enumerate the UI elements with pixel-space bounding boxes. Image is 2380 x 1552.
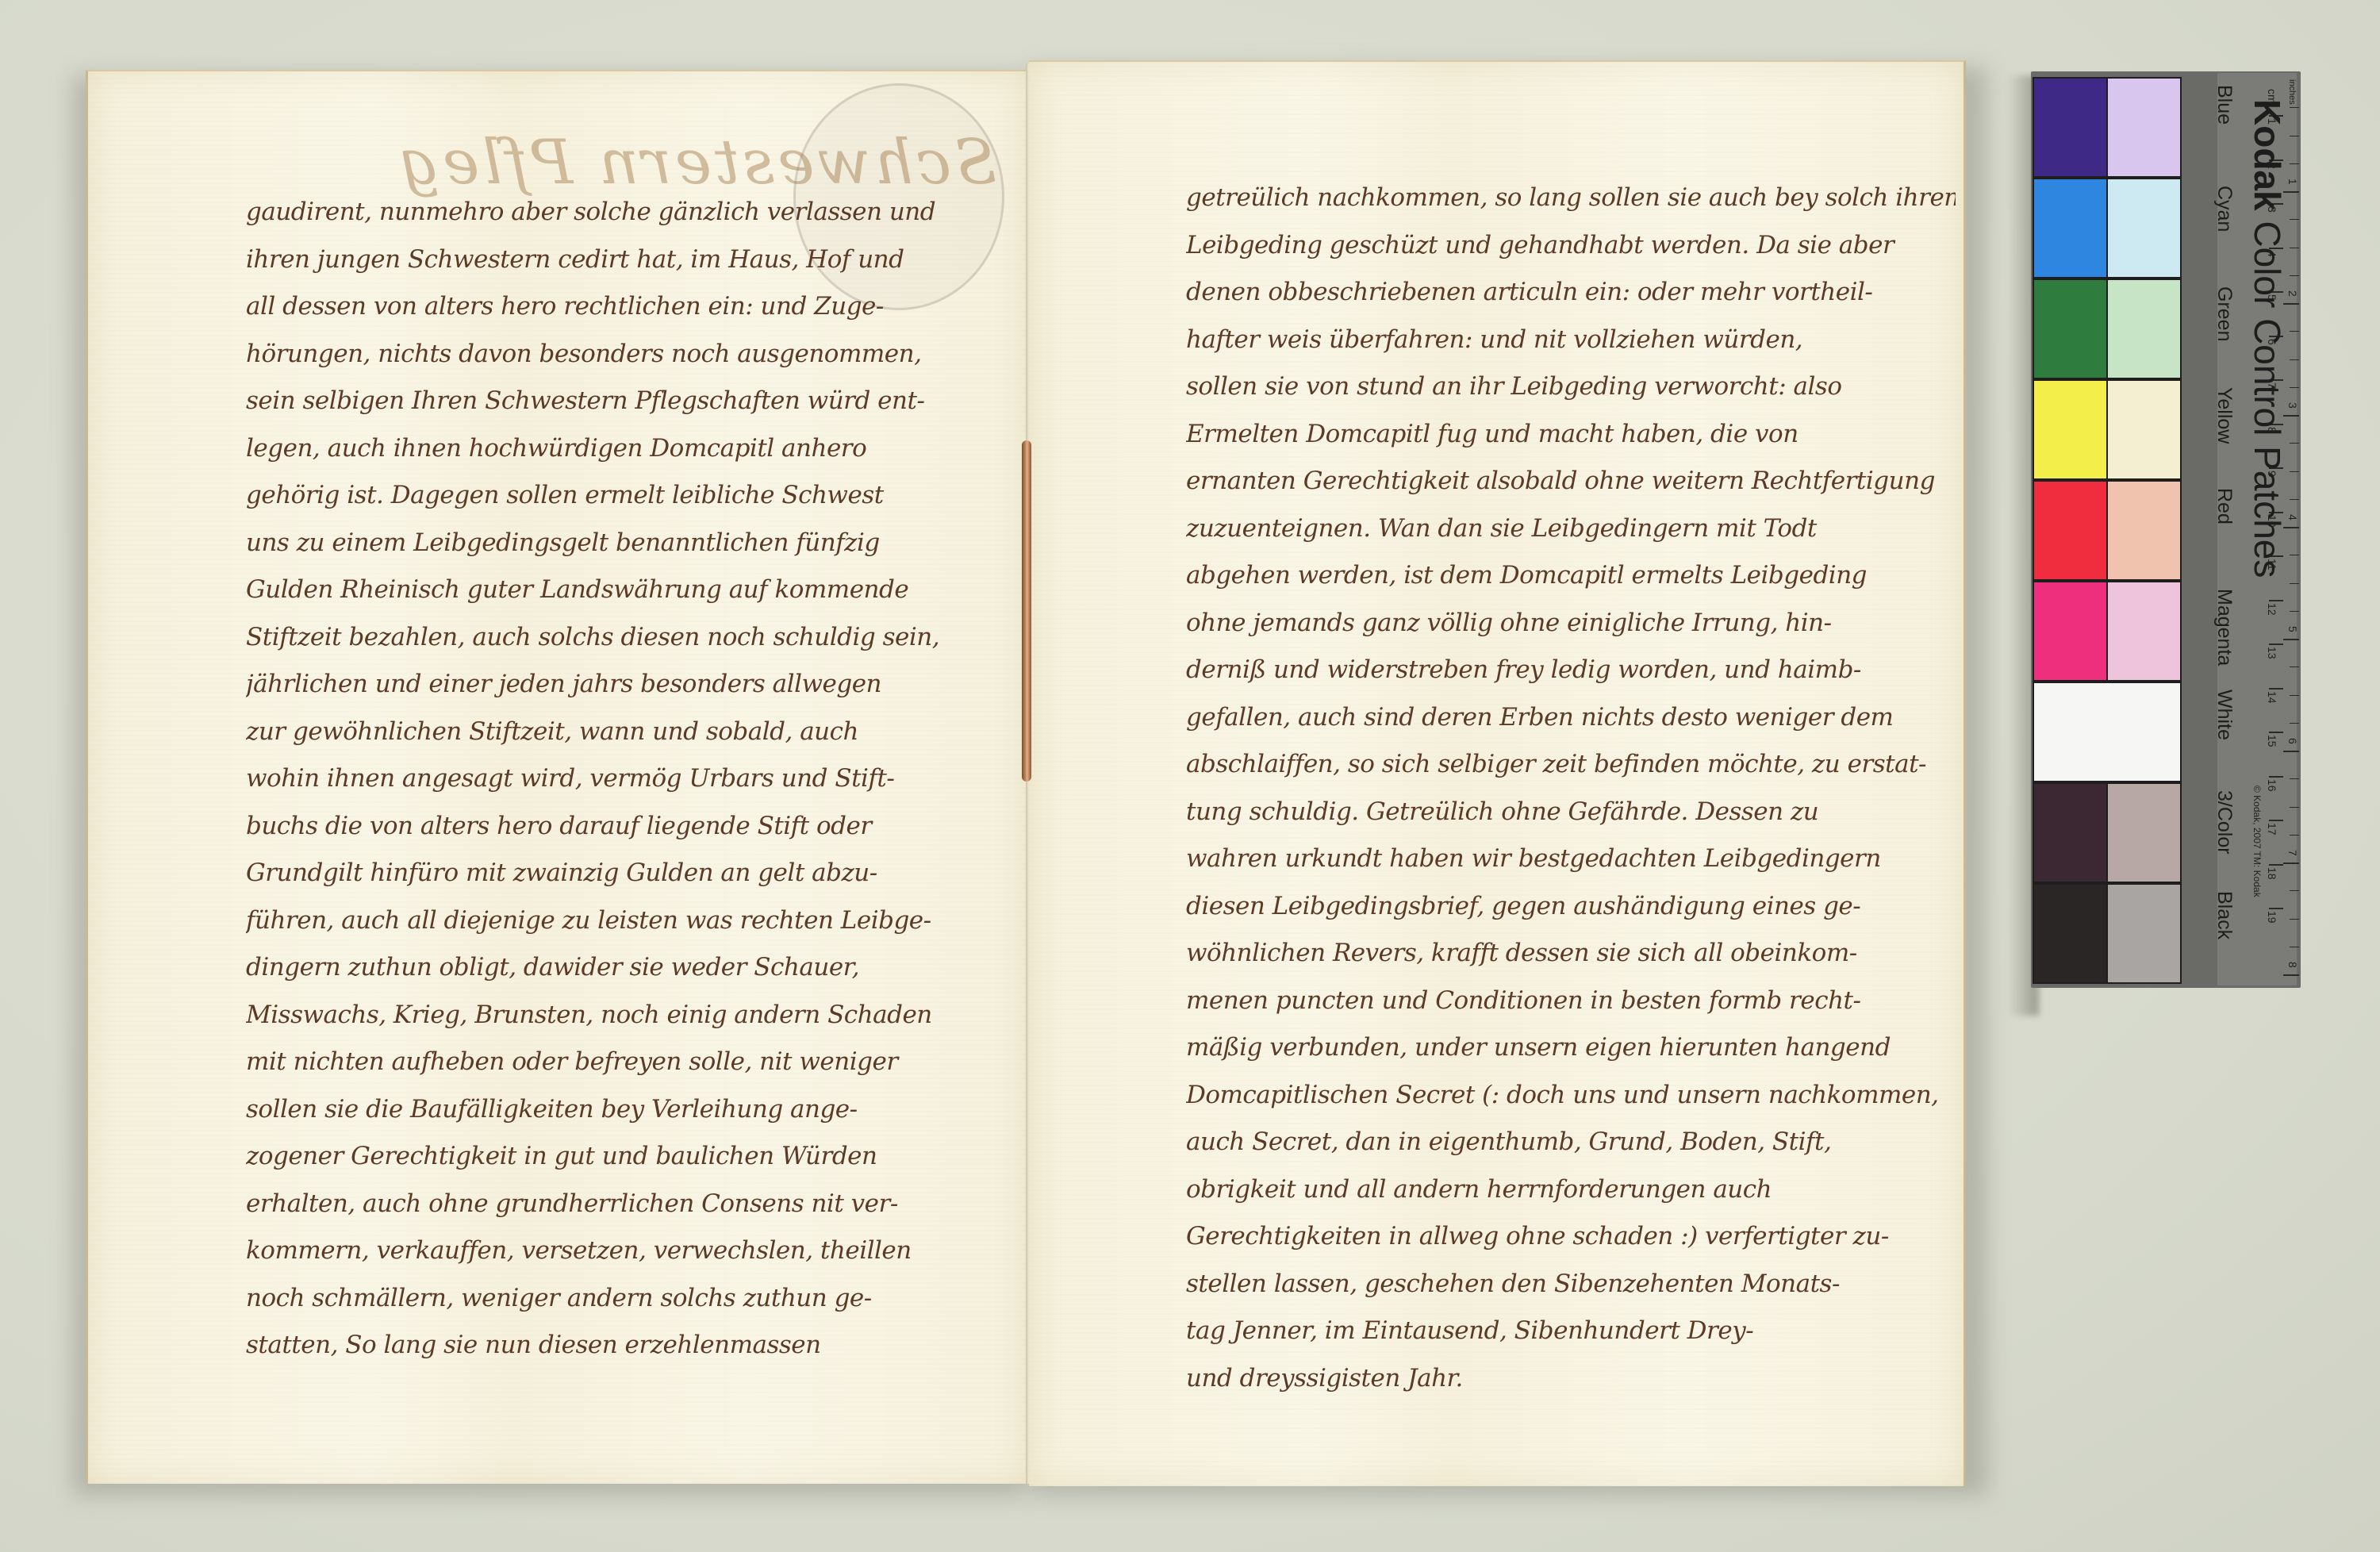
cm-tick [2269,864,2283,866]
patch-red-light [2106,480,2182,581]
text-line: legen, auch ihnen hochwürdigen Domcapitl… [246,425,1004,473]
inch-subtick [2290,499,2299,500]
brand-kodak: Kodak [2247,99,2288,211]
inch-subtick [2290,555,2299,555]
inch-subtick [2290,163,2299,164]
chart-title: Color Control Patches [2247,221,2288,578]
cm-tick-label: 12 [2266,603,2278,616]
text-line: Stiftzeit bezahlen, auch solchs diesen n… [246,614,1004,662]
inch-tick [2283,974,2299,976]
patch-green-light [2106,279,2182,379]
text-line: führen, auch all diejenige zu leisten wa… [246,897,1004,945]
inch-subtick [2290,136,2299,136]
patch-white [2033,682,2182,782]
text-line: derniß und widerstreben frey ledig worde… [1186,647,1956,694]
text-line: sein selbigen Ihren Schwestern Pflegscha… [246,378,1004,425]
text-line: Ermelten Domcapitl fug und macht haben, … [1186,411,1956,459]
inch-subtick [2290,219,2299,220]
text-line: zur gewöhnlichen Stiftzeit, wann und sob… [246,709,1004,756]
inch-subtick [2290,919,2299,920]
patch-3-color-light [2106,782,2182,883]
cm-unit-label: cm [2266,89,2278,104]
text-line: mit nichten aufheben oder befreyen solle… [246,1039,1004,1086]
text-line: hörungen, nichts davon besonders noch au… [246,331,1004,378]
text-line: gefallen, auch sind deren Erben nichts d… [1186,694,1956,742]
inch-subtick [2290,890,2299,891]
bleed-through-text: Schwestern Pfleg [397,127,997,198]
inch-subtick [2290,695,2299,696]
inch-subtick [2290,583,2299,584]
patch-yellow-dark [2033,379,2108,480]
text-line: gaudirent, nunmehro aber solche gänzlich… [246,189,1004,236]
patch-yellow-light [2106,379,2182,480]
patch-label: Magenta [2213,589,2236,666]
patch-label: Black [2213,891,2236,939]
text-line: statten, So lang sie nun diesen erzehlen… [246,1322,1004,1370]
text-line: denen obbeschriebenen articuln ein: oder… [1186,269,1956,317]
text-line: sollen sie von stund an ihr Leibgeding v… [1186,363,1956,411]
text-line: getreülich nachkommen, so lang sollen si… [1186,175,1956,222]
text-line: obrigkeit und all andern herrnforderunge… [1186,1166,1956,1214]
inch-tick [2283,862,2299,864]
text-line: uns zu einem Leibgedingsgelt benanntlich… [246,520,1004,567]
patch-cyan-light [2106,178,2182,279]
text-line: hafter weis überfahren: und nit vollzieh… [1186,317,1956,364]
cm-tick [2269,643,2283,645]
text-line: gehörig ist. Dagegen sollen ermelt leibl… [246,472,1004,520]
cm-tick-label: 17 [2266,823,2278,836]
inch-tick [2283,751,2299,752]
text-line: erhalten, auch ohne grundherrlichen Cons… [246,1181,1004,1228]
inch-subtick [2290,471,2299,472]
cm-tick-label: 16 [2266,779,2278,792]
cm-tick [2269,908,2283,909]
text-line: Leibgeding geschüzt und gehandhabt werde… [1186,222,1956,270]
text-line: Grundgilt hinfüro mit zwainzig Gulden an… [246,850,1004,897]
inch-subtick [2290,611,2299,612]
text-line: Gerechtigkeiten in allweg ohne schaden :… [1186,1213,1956,1261]
patch-magenta-dark [2033,581,2108,682]
binding-cord [1022,440,1031,782]
patch-label: White [2213,690,2236,740]
inch-subtick [2290,723,2299,724]
inch-tick-label: 7 [2286,850,2299,856]
text-line: kommern, verkauffen, versetzen, verwechs… [246,1227,1004,1275]
text-line: buchs die von alters hero darauf liegend… [246,803,1004,851]
text-line: wöhnlichen Revers, krafft dessen sie sic… [1186,930,1956,978]
inch-subtick [2290,947,2299,947]
cm-tick [2269,732,2283,733]
inch-subtick [2290,778,2299,779]
text-line: zuzuenteignen. Wan dan sie Leibgedingern… [1186,505,1956,553]
text-line: ernanten Gerechtigkeit alsobald ohne wei… [1186,458,1956,505]
right-page-text: getreülich nachkommen, so lang sollen si… [1186,175,1956,1402]
patch-black-light [2106,883,2182,984]
cm-tick [2269,776,2283,778]
inch-subtick [2290,275,2299,276]
text-line: wahren urkundt haben wir bestgedachten L… [1186,836,1956,883]
text-line: tung schuldig. Getreülich ohne Gefährde.… [1186,789,1956,836]
patch-3-color-dark [2033,782,2108,883]
text-line: tag Jenner, im Eintausend, Sibenhundert … [1186,1308,1956,1355]
patch-label: Yellow [2213,387,2236,444]
inch-tick-label: 8 [2286,962,2299,968]
cm-tick-label: 15 [2266,735,2278,747]
inch-subtick [2290,248,2299,248]
text-line: abschlaiffen, so sich selbiger zeit befi… [1186,741,1956,789]
text-line: zogener Gerechtigkeit in gut und baulich… [246,1133,1004,1181]
cm-tick-label: 18 [2266,867,2278,880]
inch-subtick [2290,107,2299,108]
patch-green-dark [2033,279,2108,379]
chart-brand-title: Kodak Color Control Patches [2246,99,2289,578]
cm-tick [2269,600,2283,601]
text-line: mäßig verbunden, under unsern eigen hier… [1186,1024,1956,1072]
patch-red-dark [2033,480,2108,581]
inch-subtick [2290,807,2299,808]
text-line: Gulden Rheinisch guter Landswährung auf … [246,567,1004,614]
patch-magenta-light [2106,581,2182,682]
inch-subtick [2290,331,2299,332]
cm-tick [2269,820,2283,821]
inch-subtick [2290,443,2299,444]
text-line: wohin ihnen angesagt wird, vermög Urbars… [246,755,1004,803]
text-line: all dessen von alters hero rechtlichen e… [246,283,1004,331]
text-line: diesen Leibgedingsbrief, gegen aushändig… [1186,883,1956,931]
cm-tick-label: 19 [2266,911,2278,924]
inch-subtick [2290,667,2299,667]
text-line: ihren jungen Schwestern cedirt hat, im H… [246,236,1004,284]
inch-subtick [2290,835,2299,836]
text-line: und dreyssigisten Jahr. [1186,1355,1956,1403]
text-line: Misswachs, Krieg, Brunsten, noch einig a… [246,992,1004,1039]
cm-tick [2269,688,2283,690]
patch-label: Green [2213,286,2236,341]
patch-cyan-dark [2033,178,2108,279]
patch-label: Red [2213,488,2236,524]
patch-blue-light [2106,77,2182,178]
text-line: jährlichen und einer jeden jahrs besonde… [246,661,1004,709]
text-line: menen puncten und Conditionen in besten … [1186,978,1956,1025]
text-line: auch Secret, dan in eigenthumb, Grund, B… [1186,1119,1956,1166]
text-line: Domcapitlischen Secret (: doch uns und u… [1186,1072,1956,1120]
left-page-text: gaudirent, nunmehro aber solche gänzlich… [246,189,1004,1370]
text-line: abgehen werden, ist dem Domcapitl ermelt… [1186,552,1956,600]
inch-subtick [2290,387,2299,388]
inch-tick-label: 5 [2286,626,2299,632]
patch-label: 3/Color [2213,790,2236,855]
chart-copyright: © Kodak, 2007 TM: Kodak [2251,786,2263,897]
inches-unit-label: inches [2287,79,2297,105]
text-line: dingern zuthun obligt, dawider sie weder… [246,944,1004,992]
inch-tick [2283,639,2299,640]
text-line: sollen sie die Baufälligkeiten bey Verle… [246,1086,1004,1134]
patch-blue-dark [2033,77,2108,178]
patch-black-dark [2033,883,2108,984]
cm-tick-label: 14 [2266,691,2278,704]
inch-subtick [2290,359,2299,360]
patch-label: Blue [2213,85,2236,125]
text-line: noch schmällern, weniger andern solchs z… [246,1275,1004,1323]
patch-label: Cyan [2213,186,2236,232]
text-line: stellen lassen, geschehen den Sibenzehen… [1186,1261,1956,1308]
text-line: ohne jemands ganz völlig ohne einigliche… [1186,600,1956,647]
cm-tick-label: 13 [2266,647,2278,659]
inch-tick-label: 6 [2286,738,2299,744]
